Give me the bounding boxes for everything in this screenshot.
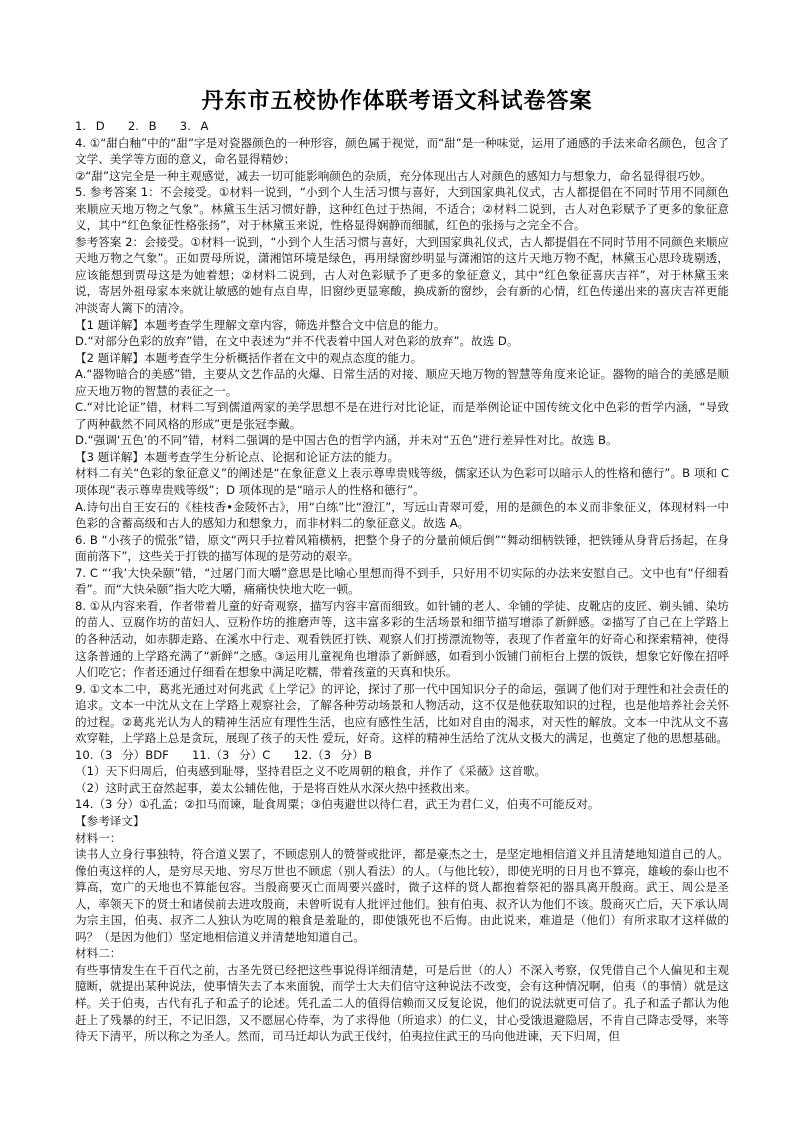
material-2-label: 材料二：	[75, 945, 729, 962]
material-1-translation: 读书人立身行事独特，符合道义罢了，不顾虑别人的赞誉或批评，都是豪杰之士，是坚定地…	[75, 846, 729, 945]
document-page: 丹东市五校协作体联考语文科试卷答案 1. D 2. B 3. A 4. ①“甜白…	[0, 0, 794, 1123]
q1-explanation-heading: 【1 题详解】本题考查学生理解文章内容，筛选并整合文中信息的能力。	[75, 317, 729, 334]
document-title: 丹东市五校协作体联考语文科试卷答案	[0, 84, 794, 115]
answers-1-3: 1. D 2. B 3. A	[75, 118, 729, 135]
document-body: 1. D 2. B 3. A 4. ①“甜白釉”中的“甜”字是对瓷器颜色的一种形…	[75, 118, 729, 1045]
answer-4-part-2: ②“甜”这完全是一种主观感觉，减去一切可能影响颜色的杂质，充分体现出古人对颜色的…	[75, 168, 729, 185]
q3-explanation-a: A.诗句出自王安石的《桂枝香•金陵怀古》，用“白练”比“澄江”，写远山青翠可爱，…	[75, 499, 729, 532]
material-2-translation: 有些事情发生在千百代之前，古圣先贤已经把这些事说得详细清楚，可是后世（的人）不深…	[75, 962, 729, 1045]
answer-13-1: （1）天下归周后，伯夷感到耻辱，坚持君臣之义不吃周朝的粮食，并作了《采薇》这首歌…	[75, 763, 729, 780]
answer-7: 7. C “‘我’大快朵颐”错，“过屠门而大嚼”意思是比喻心里想而得不到手，只好…	[75, 565, 729, 598]
q2-explanation-c: C.“对比论证”错，材料二写到儒道两家的美学思想不是在进行对比论证，而是举例论证…	[75, 399, 729, 432]
answer-13-2: （2）这时武王奋然起事，姜太公辅佐他，于是将百姓从水深火热中拯救出来。	[75, 780, 729, 797]
q2-explanation-d: D.“强调‘五色’的不同”错，材料二强调的是中国古色的哲学内涵，并未对“五色”进…	[75, 432, 729, 449]
material-1-label: 材料一：	[75, 830, 729, 847]
answer-5-option-1: 5. 参考答案 1：不会接受。①材料一说到，“小到个人生活习惯与喜好，大到国家典…	[75, 184, 729, 234]
q2-explanation-a: A.“器物暗合的美感”错，主要从文艺作品的火爆、日常生活的对接、顺应天地万物的智…	[75, 366, 729, 399]
q3-explanation-material: 材料二有关“色彩的象征意义”的阐述是“在象征意义上表示尊卑贵贱等级，儒家还认为色…	[75, 465, 729, 498]
translation-heading: 【参考译文】	[75, 813, 729, 830]
q1-explanation-d: D.“对部分色彩的放弃”错，在文中表述为“并不代表着中国人对色彩的放弃”。故选 …	[75, 333, 729, 350]
answer-5-option-2: 参考答案 2：会接受。①材料一说到，“小到个人生活习惯与喜好，大到国家典礼仪式，…	[75, 234, 729, 317]
answer-8: 8. ①从内容来看，作者带着儿童的好奇观察，描写内容丰富而细致。如针铺的老人、伞…	[75, 598, 729, 681]
answer-4-part-1: 4. ①“甜白釉”中的“甜”字是对瓷器颜色的一种形容，颜色属于视觉，而“甜”是一…	[75, 135, 729, 168]
q2-explanation-heading: 【2 题详解】本题考查学生分析概括作者在文中的观点态度的能力。	[75, 350, 729, 367]
q3-explanation-heading: 【3 题详解】本题考查学生分析论点、论据和论证方法的能力。	[75, 449, 729, 466]
answer-9: 9. ①文本二中，葛兆光通过对何兆武《上学记》的评论，探讨了那一代中国知识分子的…	[75, 681, 729, 747]
answer-6: 6. B “小孩子的慌张”错，原文“两只手拉着风箱横柄，把整个身子的分量前倾后倒…	[75, 532, 729, 565]
answers-10-12: 10.（3 分）BDF 11.（3 分）C 12.（3 分）B	[75, 747, 729, 764]
answer-14: 14.（3 分）①孔孟；②扣马而谏，耻食周粟；③伯夷避世以待仁君，武王为君仁义，…	[75, 796, 729, 813]
